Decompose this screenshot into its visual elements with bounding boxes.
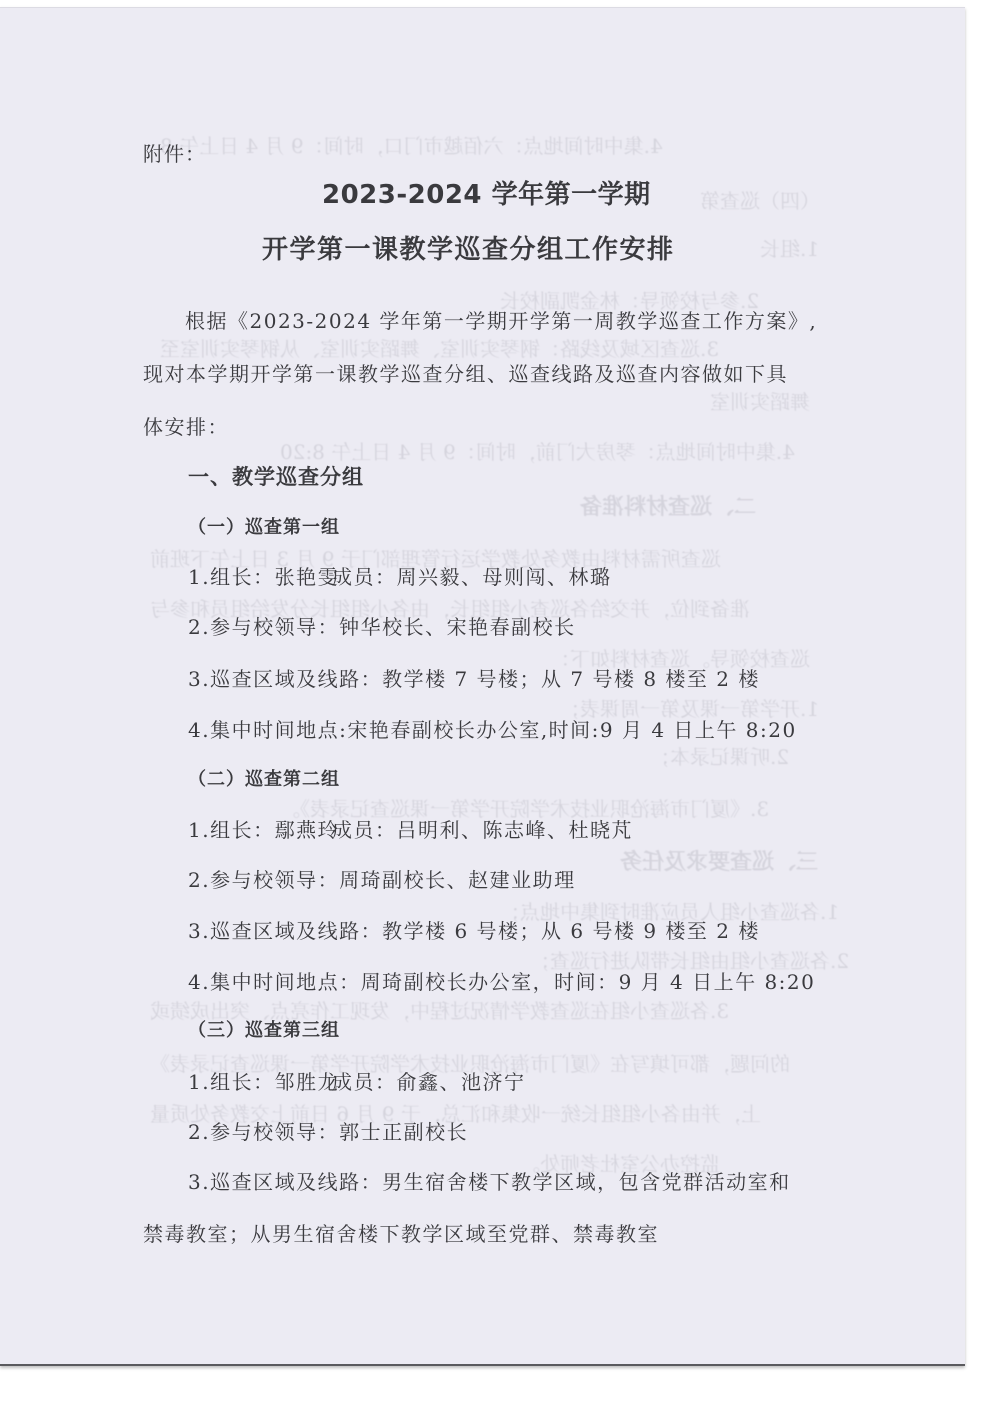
group1-route: 3.巡查区域及线路：教学楼 7 号楼；从 7 号楼 8 楼至 2 楼 xyxy=(188,663,760,692)
bleed-through-line: （四）巡查第 xyxy=(700,185,820,214)
intro-line1: 根据《2023-2024 学年第一学期开学第一周教学巡查工作方案》, xyxy=(185,305,817,334)
document-title-line1: 2023-2024 学年第一学期 xyxy=(322,174,651,211)
scanned-page: 4.集中时间地点：六佰越市门口，时间：9 月 4 日上午 8 （四）巡查第 1.… xyxy=(0,0,992,1403)
group1-leader: 1.组长：张艳雯 xyxy=(188,561,339,590)
bleed-through-line: 1.组长 xyxy=(760,233,819,262)
paper-sheet: 4.集中时间地点：六佰越市门口，时间：9 月 4 日上午 8 （四）巡查第 1.… xyxy=(0,7,965,1366)
bleed-through-line: 2.听课记录本； xyxy=(650,741,789,770)
group3-route-line2: 禁毒教室；从男生宿舍楼下教学区域至党群、禁毒教室 xyxy=(143,1218,659,1247)
intro-line3: 体安排： xyxy=(143,411,229,440)
group1-school-leaders: 2.参与校领导：钟华校长、宋艳春副校长 xyxy=(188,611,576,640)
bleed-through-line: 舞蹈实训室 xyxy=(710,386,810,415)
intro-line2: 现对本学期开学第一课教学巡查分组、巡查线路及巡查内容做如下具 xyxy=(143,358,788,387)
section-heading-groups: 一、教学巡查分组 xyxy=(188,461,364,491)
group1-heading: （一）巡查第一组 xyxy=(188,513,340,539)
group2-members: 成员：吕明利、陈志峰、杜晓芃 xyxy=(332,814,633,843)
group2-leader: 1.组长：鄢燕玲 xyxy=(188,814,339,843)
group3-leader: 1.组长：邹胜龙 xyxy=(188,1066,339,1095)
group2-meeting: 4.集中时间地点：周琦副校长办公室，时间：9 月 4 日上午 8:20 xyxy=(188,966,815,995)
group3-heading: （三）巡查第三组 xyxy=(188,1016,340,1042)
group1-members: 成员：周兴毅、母则闯、林璐 xyxy=(332,561,612,590)
attachment-label: 附件： xyxy=(143,138,206,167)
group3-route-line1: 3.巡查区域及线路：男生宿舍楼下教学区域，包含党群活动室和 xyxy=(188,1166,791,1195)
group2-school-leaders: 2.参与校领导：周琦副校长、赵建业助理 xyxy=(188,864,576,893)
bleed-through-line: 三、巡查要求及任务 xyxy=(620,845,818,876)
group3-members: 成员：俞鑫、池济宁 xyxy=(332,1066,526,1095)
group3-school-leaders: 2.参与校领导：郭士正副校长 xyxy=(188,1116,468,1145)
group2-route: 3.巡查区域及线路：教学楼 6 号楼；从 6 号楼 9 楼至 2 楼 xyxy=(188,915,760,944)
bleed-through-line: 4.集中时间地点：六佰越市门口，时间：9 月 4 日上午 8 xyxy=(160,130,663,159)
bleed-through-line: 二、巡查材料准备 xyxy=(580,490,756,521)
group2-heading: （二）巡查第二组 xyxy=(188,765,340,791)
group1-meeting: 4.集中时间地点:宋艳春副校长办公室,时间:9 月 4 日上午 8:20 xyxy=(188,714,797,743)
document-title-line2: 开学第一课教学巡查分组工作安排 xyxy=(262,229,675,266)
